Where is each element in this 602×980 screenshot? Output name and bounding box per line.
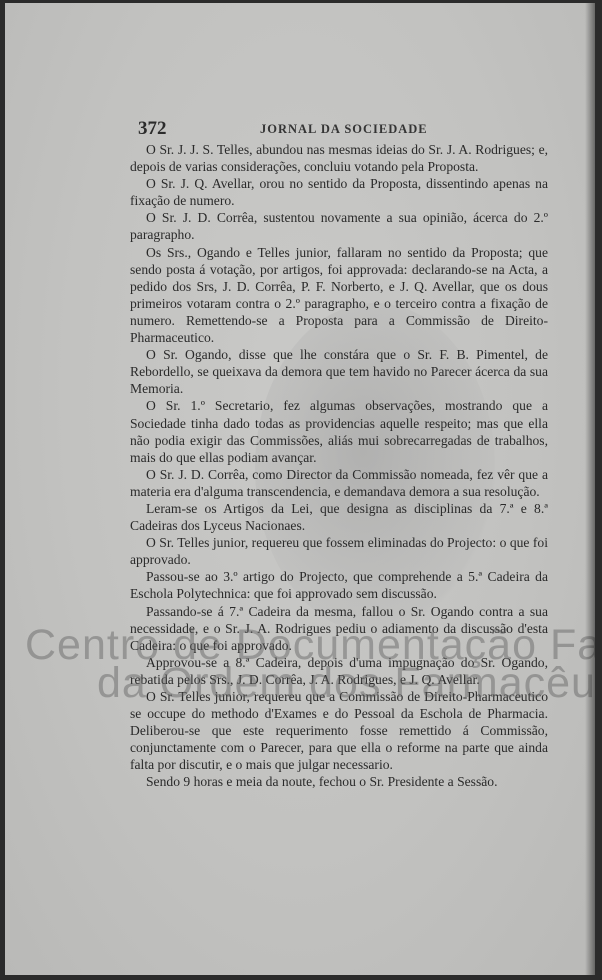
paragraph: O Sr. J. D. Corrêa, sustentou novamente … <box>130 209 548 243</box>
paragraph: O Sr. Telles junior, requereu que fossem… <box>130 534 548 568</box>
paragraph: O Sr. J. Q. Avellar, orou no sentido da … <box>130 175 548 209</box>
page-header: 372 JORNAL DA SOCIEDADE <box>138 120 558 140</box>
paragraph: O Sr. Telles junior, requereu que a Comm… <box>130 688 548 773</box>
binding-shadow <box>585 3 595 975</box>
paragraph: O Sr. J. D. Corrêa, como Director da Com… <box>130 466 548 500</box>
running-head: JORNAL DA SOCIEDADE <box>260 122 428 137</box>
paragraph: O Sr. 1.º Secretario, fez algumas observ… <box>130 397 548 465</box>
paragraph: O Sr. Ogando, disse que lhe constára que… <box>130 346 548 397</box>
paragraph: Approvou-se a 8.ª Cadeira, depois d'uma … <box>130 654 548 688</box>
paragraph: Passou-se ao 3.º artigo do Projecto, que… <box>130 568 548 602</box>
paragraph: Os Srs., Ogando e Telles junior, fallara… <box>130 244 548 347</box>
paragraph: O Sr. J. J. S. Telles, abundou nas mesma… <box>130 141 548 175</box>
paragraph: Leram-se os Artigos da Lei, que designa … <box>130 500 548 534</box>
document-page: 372 JORNAL DA SOCIEDADE O Sr. J. J. S. T… <box>5 3 595 975</box>
body-text: O Sr. J. J. S. Telles, abundou nas mesma… <box>130 141 548 791</box>
page-number: 372 <box>138 118 167 140</box>
paragraph: Passando-se á 7.ª Cadeira da mesma, fall… <box>130 603 548 654</box>
paragraph: Sendo 9 horas e meia da noute, fechou o … <box>130 773 548 790</box>
scan-frame: 372 JORNAL DA SOCIEDADE O Sr. J. J. S. T… <box>0 0 602 980</box>
